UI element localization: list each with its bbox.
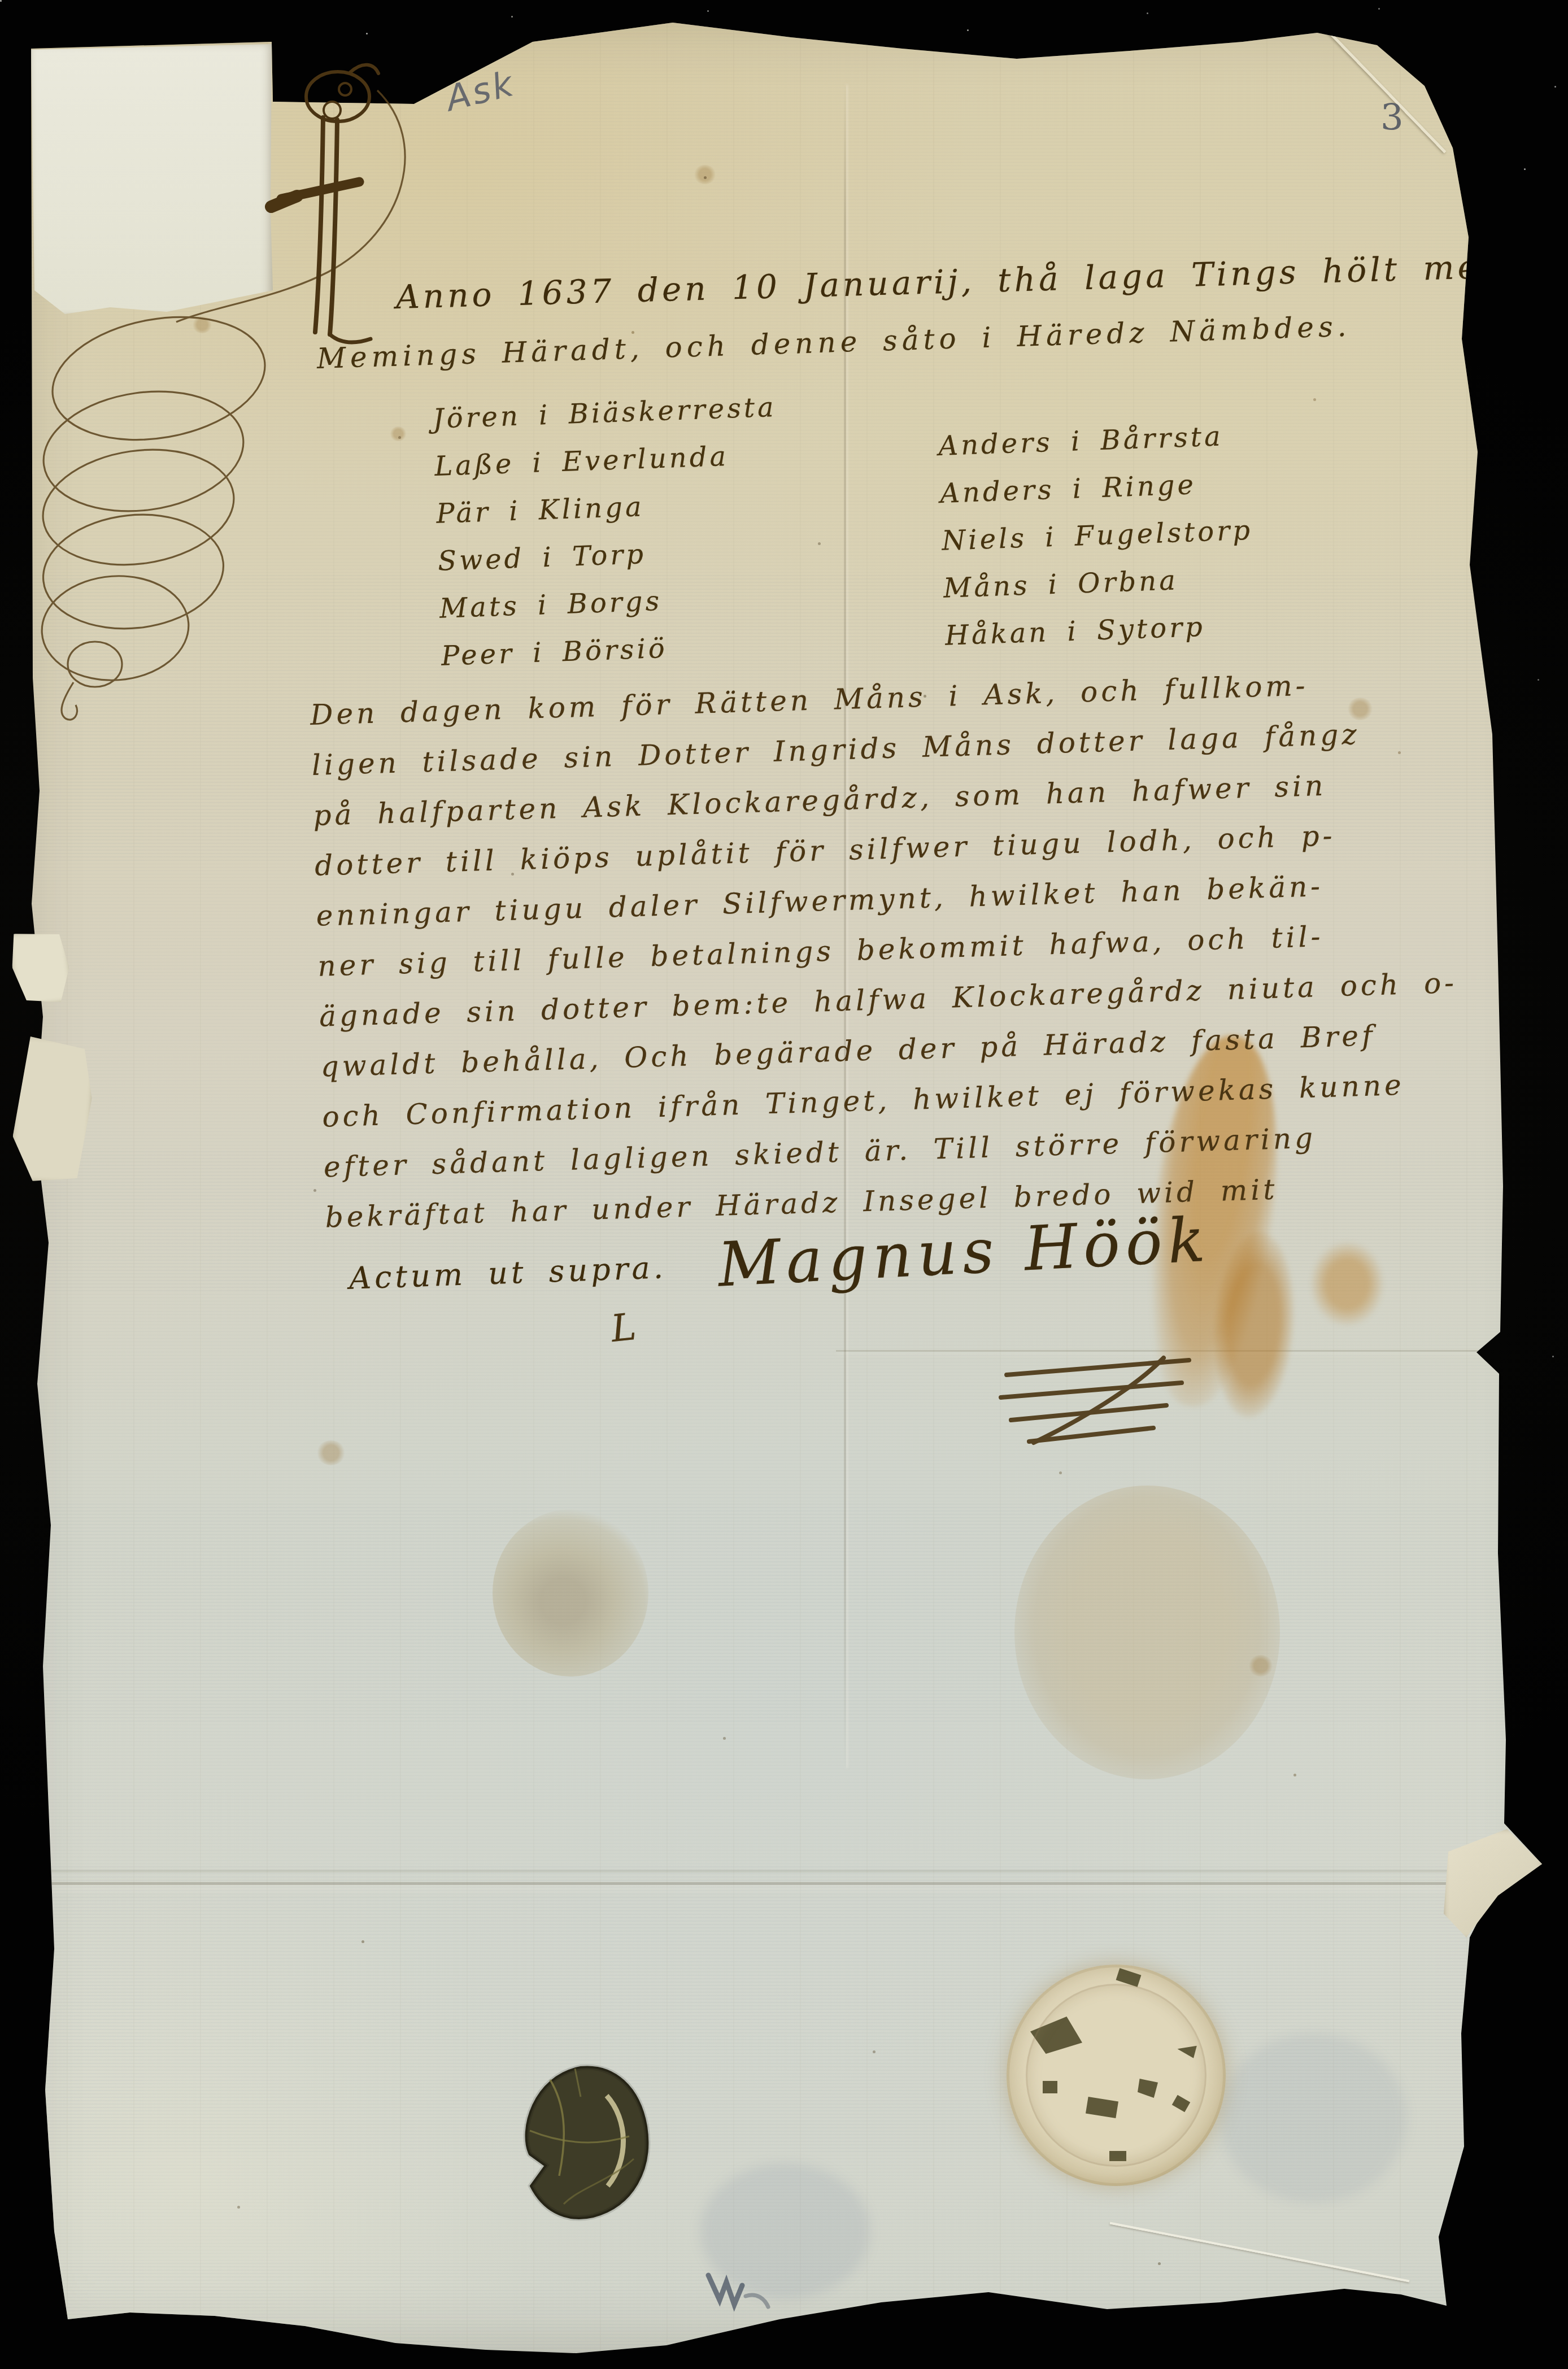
round-stain-left <box>493 1509 648 1676</box>
calligraphic-initial-flourish <box>34 56 463 802</box>
paraph-mark: L <box>609 1305 638 1351</box>
wax-fleck <box>1109 2151 1126 2161</box>
jurors-column-left: Jören i Biäskerresta Laße i Everlunda Pä… <box>432 384 786 680</box>
manuscript-scan: Anno 1637 den 10 Januarij, thå laga Ting… <box>0 0 1568 2369</box>
page-number: 3 <box>1380 97 1404 139</box>
wax-fleck <box>1030 2017 1082 2054</box>
wax-fleck <box>1116 1968 1142 1987</box>
amber-ink-spot <box>1310 1242 1384 1326</box>
body-text: Den dagen kom för Rätten Måns i Ask, och… <box>310 656 1464 1243</box>
signature-flourish-icon <box>994 1353 1203 1455</box>
round-stain-right <box>1014 1486 1280 1779</box>
papered-wax-seal <box>1007 1965 1226 2186</box>
wax-fleck <box>1177 2042 1200 2063</box>
foxing-spot <box>1248 1655 1273 1676</box>
tear-line <box>1110 2222 1410 2283</box>
wax-fleck <box>1043 2081 1057 2093</box>
wax-fleck <box>1138 2079 1158 2098</box>
wax-fleck <box>1172 2095 1191 2112</box>
dark-wax-seal <box>496 2063 657 2230</box>
foxing-spot <box>694 165 716 184</box>
blue-ink-smudge <box>700 2265 774 2316</box>
blue-mottling <box>1220 2033 1406 2203</box>
minor-crease <box>836 1350 1497 1352</box>
dust-specks <box>0 0 2 2</box>
wax-fleck <box>1086 2097 1118 2118</box>
amber-ink-stain-tail <box>1208 1229 1300 1421</box>
foxing-spot <box>316 1440 346 1465</box>
horizontal-fold-crease <box>51 1882 1497 1885</box>
jurors-column-right: Anders i Bårrsta Anders i Ringe Niels i … <box>938 412 1257 660</box>
